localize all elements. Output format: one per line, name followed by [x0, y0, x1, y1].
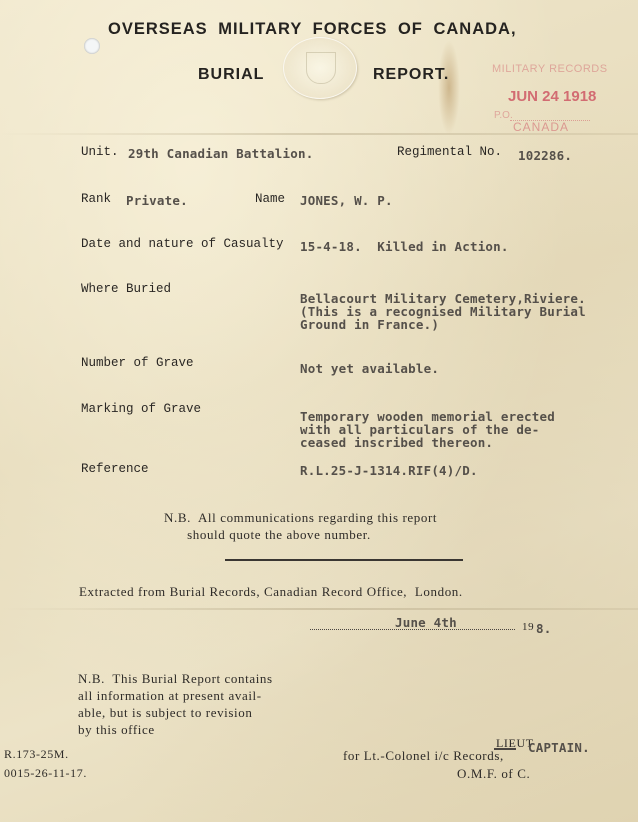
- reference-label: Reference: [81, 462, 149, 476]
- name-value: JONES, W. P.: [300, 194, 393, 207]
- form-number: R.173-25M.: [4, 746, 69, 763]
- grave-marking-label: Marking of Grave: [81, 402, 201, 416]
- where-buried-value: Bellacourt Military Cemetery,Riviere. (T…: [300, 292, 586, 331]
- where-buried-label: Where Buried: [81, 282, 171, 296]
- grave-marking-value: Temporary wooden memorial erected with a…: [300, 410, 555, 449]
- name-label: Name: [255, 192, 285, 206]
- casualty-value: 15-4-18. Killed in Action.: [300, 240, 509, 253]
- stamp-country: CANADA: [513, 120, 569, 134]
- extracted-from-note: Extracted from Burial Records, Canadian …: [79, 583, 463, 600]
- divider-rule: [225, 559, 463, 561]
- embossed-crest-seal-icon: [283, 37, 357, 99]
- nb-revision-note: N.B. This Burial Report contains all inf…: [78, 670, 273, 738]
- reference-value: R.L.25-J-1314.RIF(4)/D.: [300, 464, 478, 477]
- header-title-right: REPORT.: [373, 66, 449, 84]
- rank-value: Private.: [126, 194, 188, 207]
- regimental-no-label: Regimental No.: [397, 145, 502, 159]
- grave-number-value: Not yet available.: [300, 362, 439, 375]
- report-date-typed: June 4th: [395, 616, 457, 629]
- header-organization: OVERSEAS MILITARY FORCES OF CANADA,: [108, 20, 517, 39]
- stain: [438, 40, 460, 135]
- rank-label: Rank: [81, 192, 111, 206]
- report-year-typed: 8.: [536, 622, 551, 635]
- unit-value: 29th Canadian Battalion.: [128, 147, 313, 160]
- grave-number-label: Number of Grave: [81, 356, 194, 370]
- paper-fold: [0, 608, 638, 610]
- punch-hole: [84, 38, 100, 54]
- report-year-printed: 19: [522, 619, 534, 636]
- unit-label: Unit.: [81, 145, 119, 159]
- nb-reference-note: N.B. All communications regarding this r…: [164, 509, 437, 543]
- stamp-date: JUN 24 1918: [508, 88, 596, 105]
- header-title-left: BURIAL: [198, 66, 264, 84]
- casualty-label: Date and nature of Casualty: [81, 237, 284, 251]
- signature-line-2: O.M.F. of C.: [457, 765, 530, 782]
- signature-line-1: for Lt.-Colonel i/c Records,: [343, 747, 504, 764]
- form-print-code: 0015-26-11-17.: [4, 765, 87, 782]
- regimental-no-value: 102286.: [518, 149, 572, 162]
- rank-typed-captain: CAPTAIN.: [528, 741, 590, 754]
- stamp-office: MILITARY RECORDS: [492, 63, 608, 75]
